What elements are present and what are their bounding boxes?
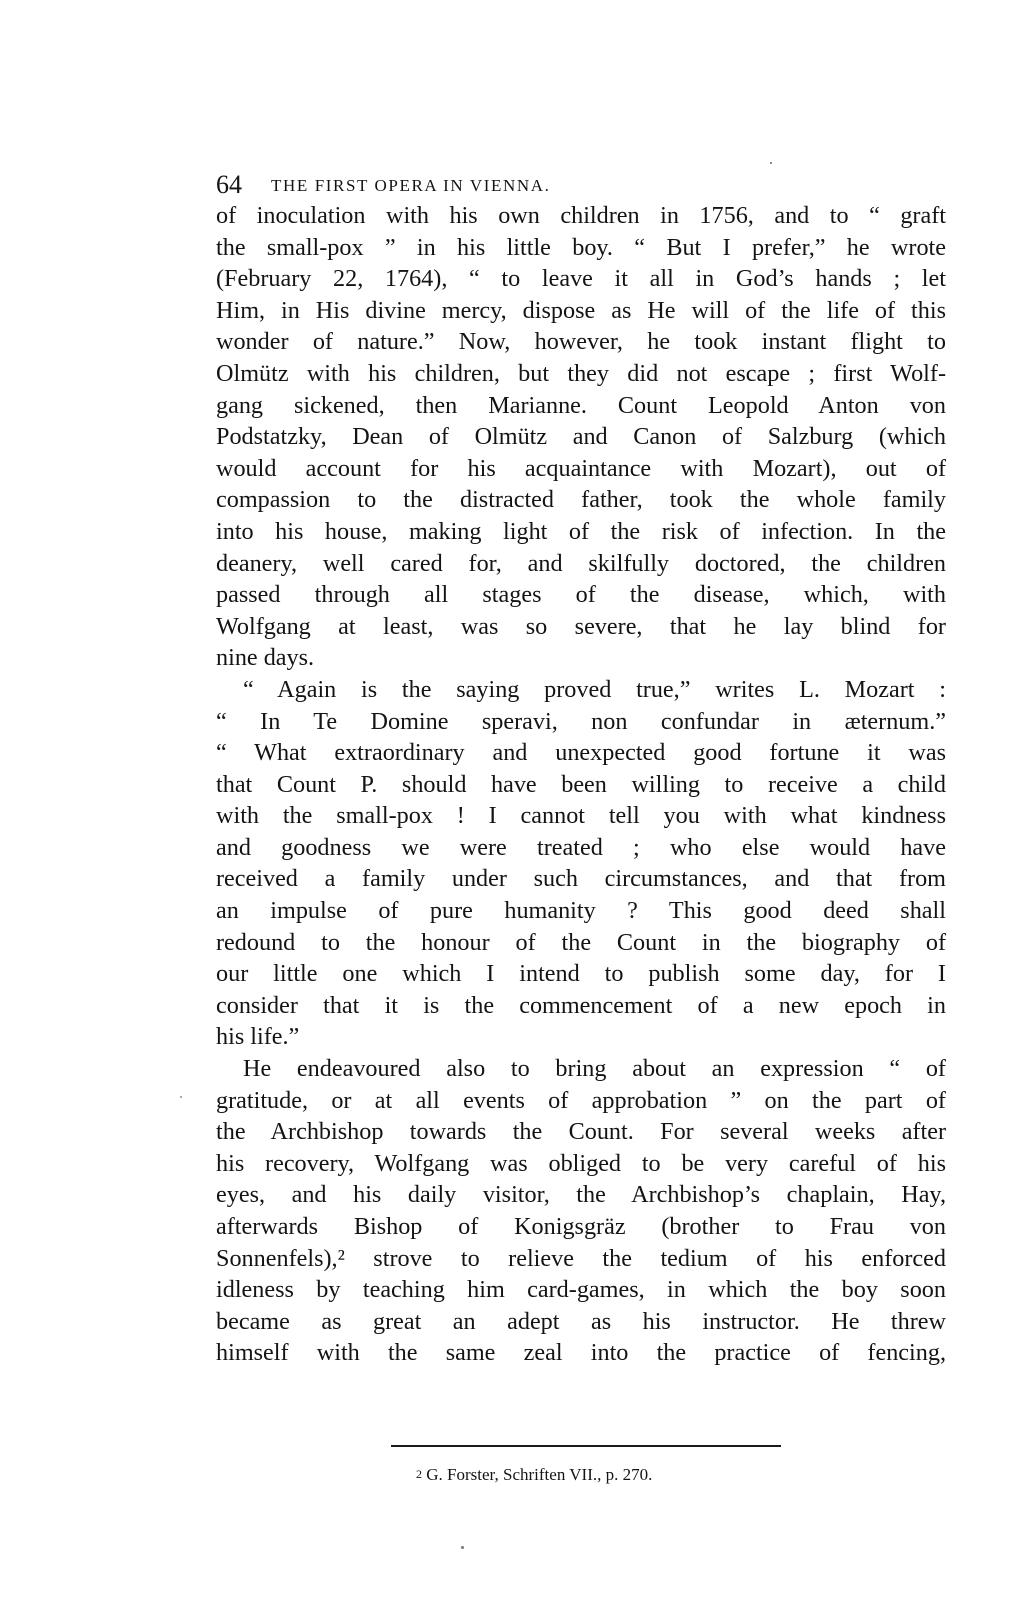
text-line: of inoculation with his own children in … xyxy=(216,200,946,232)
text-line: “ What extraordinary and unexpected good… xyxy=(216,737,946,769)
scan-speck xyxy=(461,1546,464,1549)
text-line: with the small-pox ! I cannot tell you w… xyxy=(216,800,946,832)
page-header: 64 THE FIRST OPERA IN VIENNA. xyxy=(216,170,946,200)
text-line: Sonnenfels),² strove to relieve the tedi… xyxy=(216,1243,946,1275)
text-line: Podstatzky, Dean of Olmütz and Canon of … xyxy=(216,421,946,453)
text-line: received a family under such circumstanc… xyxy=(216,863,946,895)
footnote-marker: 2 xyxy=(416,1467,422,1481)
text-line: Him, in His divine mercy, dispose as He … xyxy=(216,295,946,327)
footnote: 2 G. Forster, Schriften VII., p. 270. xyxy=(416,1465,652,1485)
text-line: would account for his acquaintance with … xyxy=(216,453,946,485)
text-line: “ Again is the saying proved true,” writ… xyxy=(216,674,946,706)
text-line: He endeavoured also to bring about an ex… xyxy=(216,1053,946,1085)
text-line: passed through all stages of the disease… xyxy=(216,579,946,611)
footnote-rule xyxy=(391,1445,781,1447)
text-line: the small-pox ” in his little boy. “ But… xyxy=(216,232,946,264)
text-line: Olmütz with his children, but they did n… xyxy=(216,358,946,390)
text-line: afterwards Bishop of Konigsgräz (brother… xyxy=(216,1211,946,1243)
text-line: eyes, and his daily visitor, the Archbis… xyxy=(216,1179,946,1211)
body-text: of inoculation with his own children in … xyxy=(216,200,946,1369)
text-line: “ In Te Domine speravi, non confundar in… xyxy=(216,706,946,738)
text-line: and goodness we were treated ; who else … xyxy=(216,832,946,864)
text-line: Wolfgang at least, was so severe, that h… xyxy=(216,611,946,643)
text-line: consider that it is the commencement of … xyxy=(216,990,946,1022)
text-line: redound to the honour of the Count in th… xyxy=(216,927,946,959)
text-line: his recovery, Wolfgang was obliged to be… xyxy=(216,1148,946,1180)
running-title: THE FIRST OPERA IN VIENNA. xyxy=(271,176,550,196)
text-line: became as great an adept as his instruct… xyxy=(216,1306,946,1338)
text-line: our little one which I intend to publish… xyxy=(216,958,946,990)
scan-speck xyxy=(180,1096,182,1098)
text-line: that Count P. should have been willing t… xyxy=(216,769,946,801)
scan-speck xyxy=(770,162,772,164)
text-line: idleness by teaching him card-games, in … xyxy=(216,1274,946,1306)
text-line: deanery, well cared for, and skilfully d… xyxy=(216,548,946,580)
text-line: into his house, making light of the risk… xyxy=(216,516,946,548)
text-line: himself with the same zeal into the prac… xyxy=(216,1337,946,1369)
footnote-text: G. Forster, Schriften VII., p. 270. xyxy=(426,1465,652,1484)
text-line: gang sickened, then Marianne. Count Leop… xyxy=(216,390,946,422)
text-line: the Archbishop towards the Count. For se… xyxy=(216,1116,946,1148)
text-line: nine days. xyxy=(216,642,946,674)
text-line: an impulse of pure humanity ? This good … xyxy=(216,895,946,927)
page-number: 64 xyxy=(216,170,242,200)
text-line: his life.” xyxy=(216,1021,946,1053)
text-line: wonder of nature.” Now, however, he took… xyxy=(216,326,946,358)
text-line: (February 22, 1764), “ to leave it all i… xyxy=(216,263,946,295)
text-line: gratitude, or at all events of approbati… xyxy=(216,1085,946,1117)
text-line: compassion to the distracted father, too… xyxy=(216,484,946,516)
